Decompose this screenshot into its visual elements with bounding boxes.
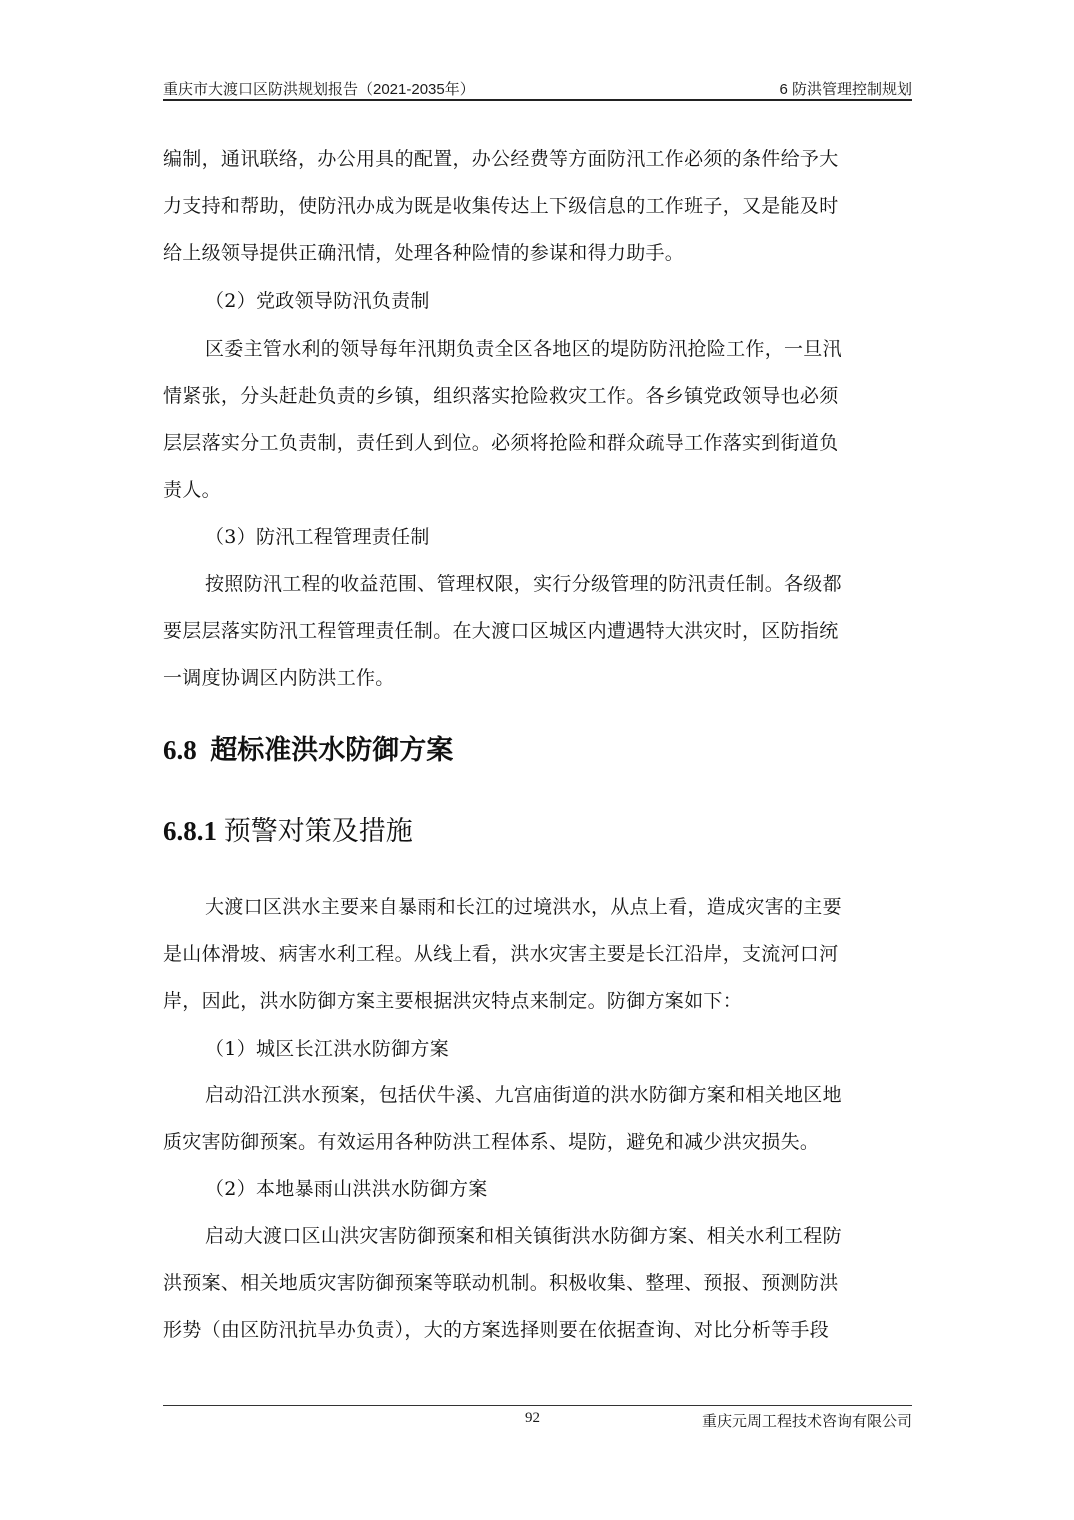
paragraph-4: 大渡口区洪水主要来自暴雨和长江的过境洪水，从点上看，造成灾害的主要 是山体滑坡、… (163, 884, 912, 1025)
document-title: 重庆市大渡口区防洪规划报告（2021-2035年） (163, 78, 475, 99)
subsection-heading: 6.8.1 预警对策及措施 (163, 809, 413, 848)
chapter-title: 6 防洪管理控制规划 (779, 78, 912, 99)
text-line: 形势（由区防汛抗旱办负责），大的方案选择则要在依据查询、对比分析等手段 (163, 1307, 912, 1354)
subheading-text: （2）本地暴雨山洪洪水防御方案 (163, 1166, 912, 1213)
page-number: 92 (525, 1410, 540, 1427)
text-line: 力支持和帮助，使防汛办成为既是收集传达上下级信息的工作班子，又是能及时 (163, 183, 912, 230)
subheading-3: （3）防汛工程管理责任制 (163, 514, 912, 561)
paragraph-6: 启动大渡口区山洪灾害防御预案和相关镇街洪水防御方案、相关水利工程防 洪预案、相关… (163, 1213, 912, 1354)
text-line: 情紧张，分头赶赴负责的乡镇，组织落实抢险救灾工作。各乡镇党政领导也必须 (163, 373, 912, 420)
text-line: 要层层落实防汛工程管理责任制。在大渡口区城区内遭遇特大洪灾时，区防指统 (163, 608, 912, 655)
text-line: 是山体滑坡、病害水利工程。从线上看，洪水灾害主要是长江沿岸，支流河口河 (163, 931, 912, 978)
text-line: 质灾害防御预案。有效运用各种防洪工程体系、堤防，避免和减少洪灾损失。 (163, 1119, 912, 1166)
text-line: 洪预案、相关地质灾害防御预案等联动机制。积极收集、整理、预报、预测防洪 (163, 1260, 912, 1307)
section-number: 6.8 (163, 735, 197, 765)
subheading-text: （1）城区长江洪水防御方案 (163, 1026, 912, 1073)
text-line: 岸，因此，洪水防御方案主要根据洪灾特点来制定。防御方案如下： (163, 978, 912, 1025)
subheading-4: （1）城区长江洪水防御方案 (163, 1026, 912, 1073)
text-line: 责人。 (163, 467, 912, 514)
text-line: 区委主管水利的领导每年汛期负责全区各地区的堤防防汛抢险工作，一旦汛 (163, 326, 912, 373)
section-heading: 6.8 超标准洪水防御方案 (163, 728, 453, 767)
text-line: 启动大渡口区山洪灾害防御预案和相关镇街洪水防御方案、相关水利工程防 (163, 1213, 912, 1260)
page-footer: 92 重庆元周工程技术咨询有限公司 (163, 1410, 912, 1434)
text-line: 启动沿江洪水预案，包括伏牛溪、九宫庙街道的洪水防御方案和相关地区地 (163, 1072, 912, 1119)
subsection-number: 6.8.1 (163, 816, 217, 846)
text-line: 按照防汛工程的收益范围、管理权限，实行分级管理的防汛责任制。各级都 (163, 561, 912, 608)
paragraph-1: 编制，通讯联络，办公用具的配置，办公经费等方面防汛工作必须的条件给予大 力支持和… (163, 136, 912, 277)
text-line: 编制，通讯联络，办公用具的配置，办公经费等方面防汛工作必须的条件给予大 (163, 136, 912, 183)
text-line: 给上级领导提供正确汛情，处理各种险情的参谋和得力助手。 (163, 230, 912, 277)
subheading-2: （2）党政领导防汛负责制 (163, 278, 912, 325)
section-title: 超标准洪水防御方案 (210, 735, 453, 765)
page-header: 重庆市大渡口区防洪规划报告（2021-2035年） 6 防洪管理控制规划 (163, 76, 912, 100)
header-divider (163, 99, 912, 101)
text-line: 大渡口区洪水主要来自暴雨和长江的过境洪水，从点上看，造成灾害的主要 (163, 884, 912, 931)
paragraph-3: 按照防汛工程的收益范围、管理权限，实行分级管理的防汛责任制。各级都 要层层落实防… (163, 561, 912, 702)
paragraph-5: 启动沿江洪水预案，包括伏牛溪、九宫庙街道的洪水防御方案和相关地区地 质灾害防御预… (163, 1072, 912, 1166)
organization-name: 重庆元周工程技术咨询有限公司 (702, 1410, 912, 1431)
subheading-text: （2）党政领导防汛负责制 (163, 278, 912, 325)
subheading-5: （2）本地暴雨山洪洪水防御方案 (163, 1166, 912, 1213)
paragraph-2: 区委主管水利的领导每年汛期负责全区各地区的堤防防汛抢险工作，一旦汛 情紧张，分头… (163, 326, 912, 514)
text-line: 层层落实分工负责制，责任到人到位。必须将抢险和群众疏导工作落实到街道负 (163, 420, 912, 467)
subsection-title: 预警对策及措施 (224, 816, 413, 846)
footer-divider (163, 1405, 912, 1406)
subheading-text: （3）防汛工程管理责任制 (163, 514, 912, 561)
text-line: 一调度协调区内防洪工作。 (163, 655, 912, 702)
